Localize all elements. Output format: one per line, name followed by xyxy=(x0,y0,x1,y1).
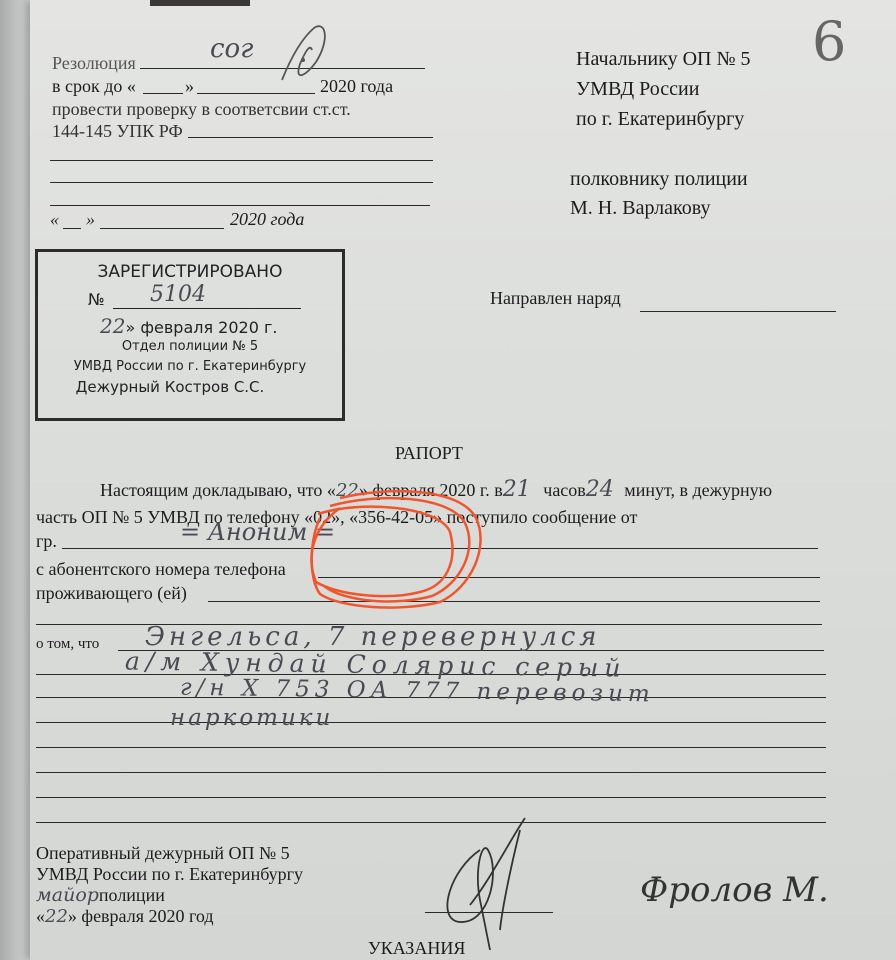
deadline-mid: » xyxy=(185,75,194,97)
signature-date-prefix: « xyxy=(36,906,45,926)
deadline-day-line xyxy=(143,93,183,94)
message-line-4: наркотики xyxy=(170,705,333,731)
report-day: 22 xyxy=(336,480,359,501)
stamp-dept-line-1: Отдел полиции № 5 xyxy=(38,339,342,354)
blank-line xyxy=(50,205,430,206)
signature-line-1: Оперативный дежурный ОП № 5 xyxy=(36,843,303,864)
signature-field-line xyxy=(425,912,553,913)
addressee-line-1: Начальнику ОП № 5 xyxy=(576,44,751,74)
resolution-date-year: 2020 года xyxy=(230,208,304,230)
addressee-officer: полковнику полиции М. Н. Варлакову xyxy=(570,165,748,223)
stamp-title: ЗАРЕГИСТРИРОВАНО xyxy=(38,262,342,282)
message-line xyxy=(36,797,826,798)
report-line-2: часть ОП № 5 УМВД по телефону «02», «356… xyxy=(36,506,637,528)
instructions-heading: УКАЗАНИЯ xyxy=(368,937,465,959)
date-day-line xyxy=(63,228,81,229)
binder-clip xyxy=(150,0,250,6)
resolution-label: Резолюция xyxy=(52,52,136,74)
signature-day: 22 xyxy=(45,906,68,927)
report-line-1: Настоящим докладываю, что «22» февраля 2… xyxy=(100,479,772,502)
deadline-month-line xyxy=(197,93,315,94)
addressee-block: Начальнику ОП № 5 УМВД России по г. Екат… xyxy=(576,44,751,134)
blank-line xyxy=(188,137,433,138)
signature-rank-row: майорполиции xyxy=(36,885,303,906)
instruction-line-2: 144-145 УПК РФ xyxy=(52,120,183,142)
report-hours: 21 xyxy=(503,477,531,502)
resolution-handwritten: сог xyxy=(210,34,253,64)
message-line xyxy=(36,747,826,748)
registration-stamp: ЗАРЕГИСТРИРОВАНО № 5104 22» февраля 2020… xyxy=(35,249,345,421)
dispatch-label: Направлен наряд xyxy=(490,287,621,309)
report-minutes: 24 xyxy=(586,477,614,502)
signature-date-suffix: » февраля 2020 год xyxy=(68,906,214,926)
stamp-number-value: 5104 xyxy=(150,282,206,307)
resolution-date-prefix: « xyxy=(50,208,59,230)
dispatch-field-line xyxy=(640,311,836,312)
blank-line xyxy=(50,182,433,183)
deadline-row: в срок до « xyxy=(52,75,136,97)
addressee-line-5: М. Н. Варлакову xyxy=(570,194,748,223)
addressee-line-4: полковнику полиции xyxy=(570,165,748,194)
report-hours-label: часов xyxy=(543,480,586,500)
addressee-line-3: по г. Екатеринбургу xyxy=(576,104,751,134)
deadline-year: 2020 года xyxy=(320,75,393,97)
message-line xyxy=(36,822,826,823)
citizen-field-line xyxy=(62,548,818,549)
stamp-dept-line-2: УМВД России по г. Екатеринбургу xyxy=(38,359,342,374)
stamp-date-row: 22» февраля 2020 г. xyxy=(100,314,277,338)
instruction-line-1: провести проверку в соответсвии ст.ст. xyxy=(52,98,351,120)
citizen-value: = Аноним = xyxy=(180,518,335,546)
signer-name-handwritten: Фролов М. xyxy=(640,870,829,910)
phone-label: с абонентского номера телефона xyxy=(36,558,286,580)
date-month-line xyxy=(100,228,224,229)
stamp-number-label: № xyxy=(88,290,105,309)
signature-date-row: «22» февраля 2020 год xyxy=(36,906,303,927)
citizen-label: гр. xyxy=(36,530,57,552)
blank-line xyxy=(50,160,433,161)
stamp-number-line xyxy=(113,308,301,309)
signature-line-2: УМВД России по г. Екатеринбургу xyxy=(36,864,303,885)
phone-field-line xyxy=(318,577,820,578)
resolution-field-line xyxy=(140,68,425,69)
report-date-text: » февраля 2020 г. в xyxy=(359,480,503,500)
addressee-line-2: УМВД России xyxy=(576,74,751,104)
stamp-duty-officer: Дежурный Костров С.С. xyxy=(0,378,342,396)
deadline-prefix: в срок до « xyxy=(52,76,136,96)
resolution-date-mid: » xyxy=(86,208,95,230)
report-title: РАПОРТ xyxy=(395,442,463,464)
stamp-day-value: 22 xyxy=(100,314,125,338)
message-line xyxy=(36,772,826,773)
page-number-handwritten: 6 xyxy=(812,10,846,73)
about-label: о том, что xyxy=(36,636,99,653)
message-line xyxy=(36,722,826,723)
signature-block: Оперативный дежурный ОП № 5 УМВД России … xyxy=(36,843,303,927)
residence-label: проживающего (ей) xyxy=(36,582,187,604)
signature-rank-suffix: полиции xyxy=(99,885,165,905)
report-intro: Настоящим докладываю, что « xyxy=(100,480,336,500)
stamp-date-text: » февраля 2020 г. xyxy=(125,318,277,337)
signature-rank: майор xyxy=(36,884,99,906)
residence-field-line xyxy=(208,601,820,602)
report-minutes-label: минут, в дежурную xyxy=(624,480,772,500)
